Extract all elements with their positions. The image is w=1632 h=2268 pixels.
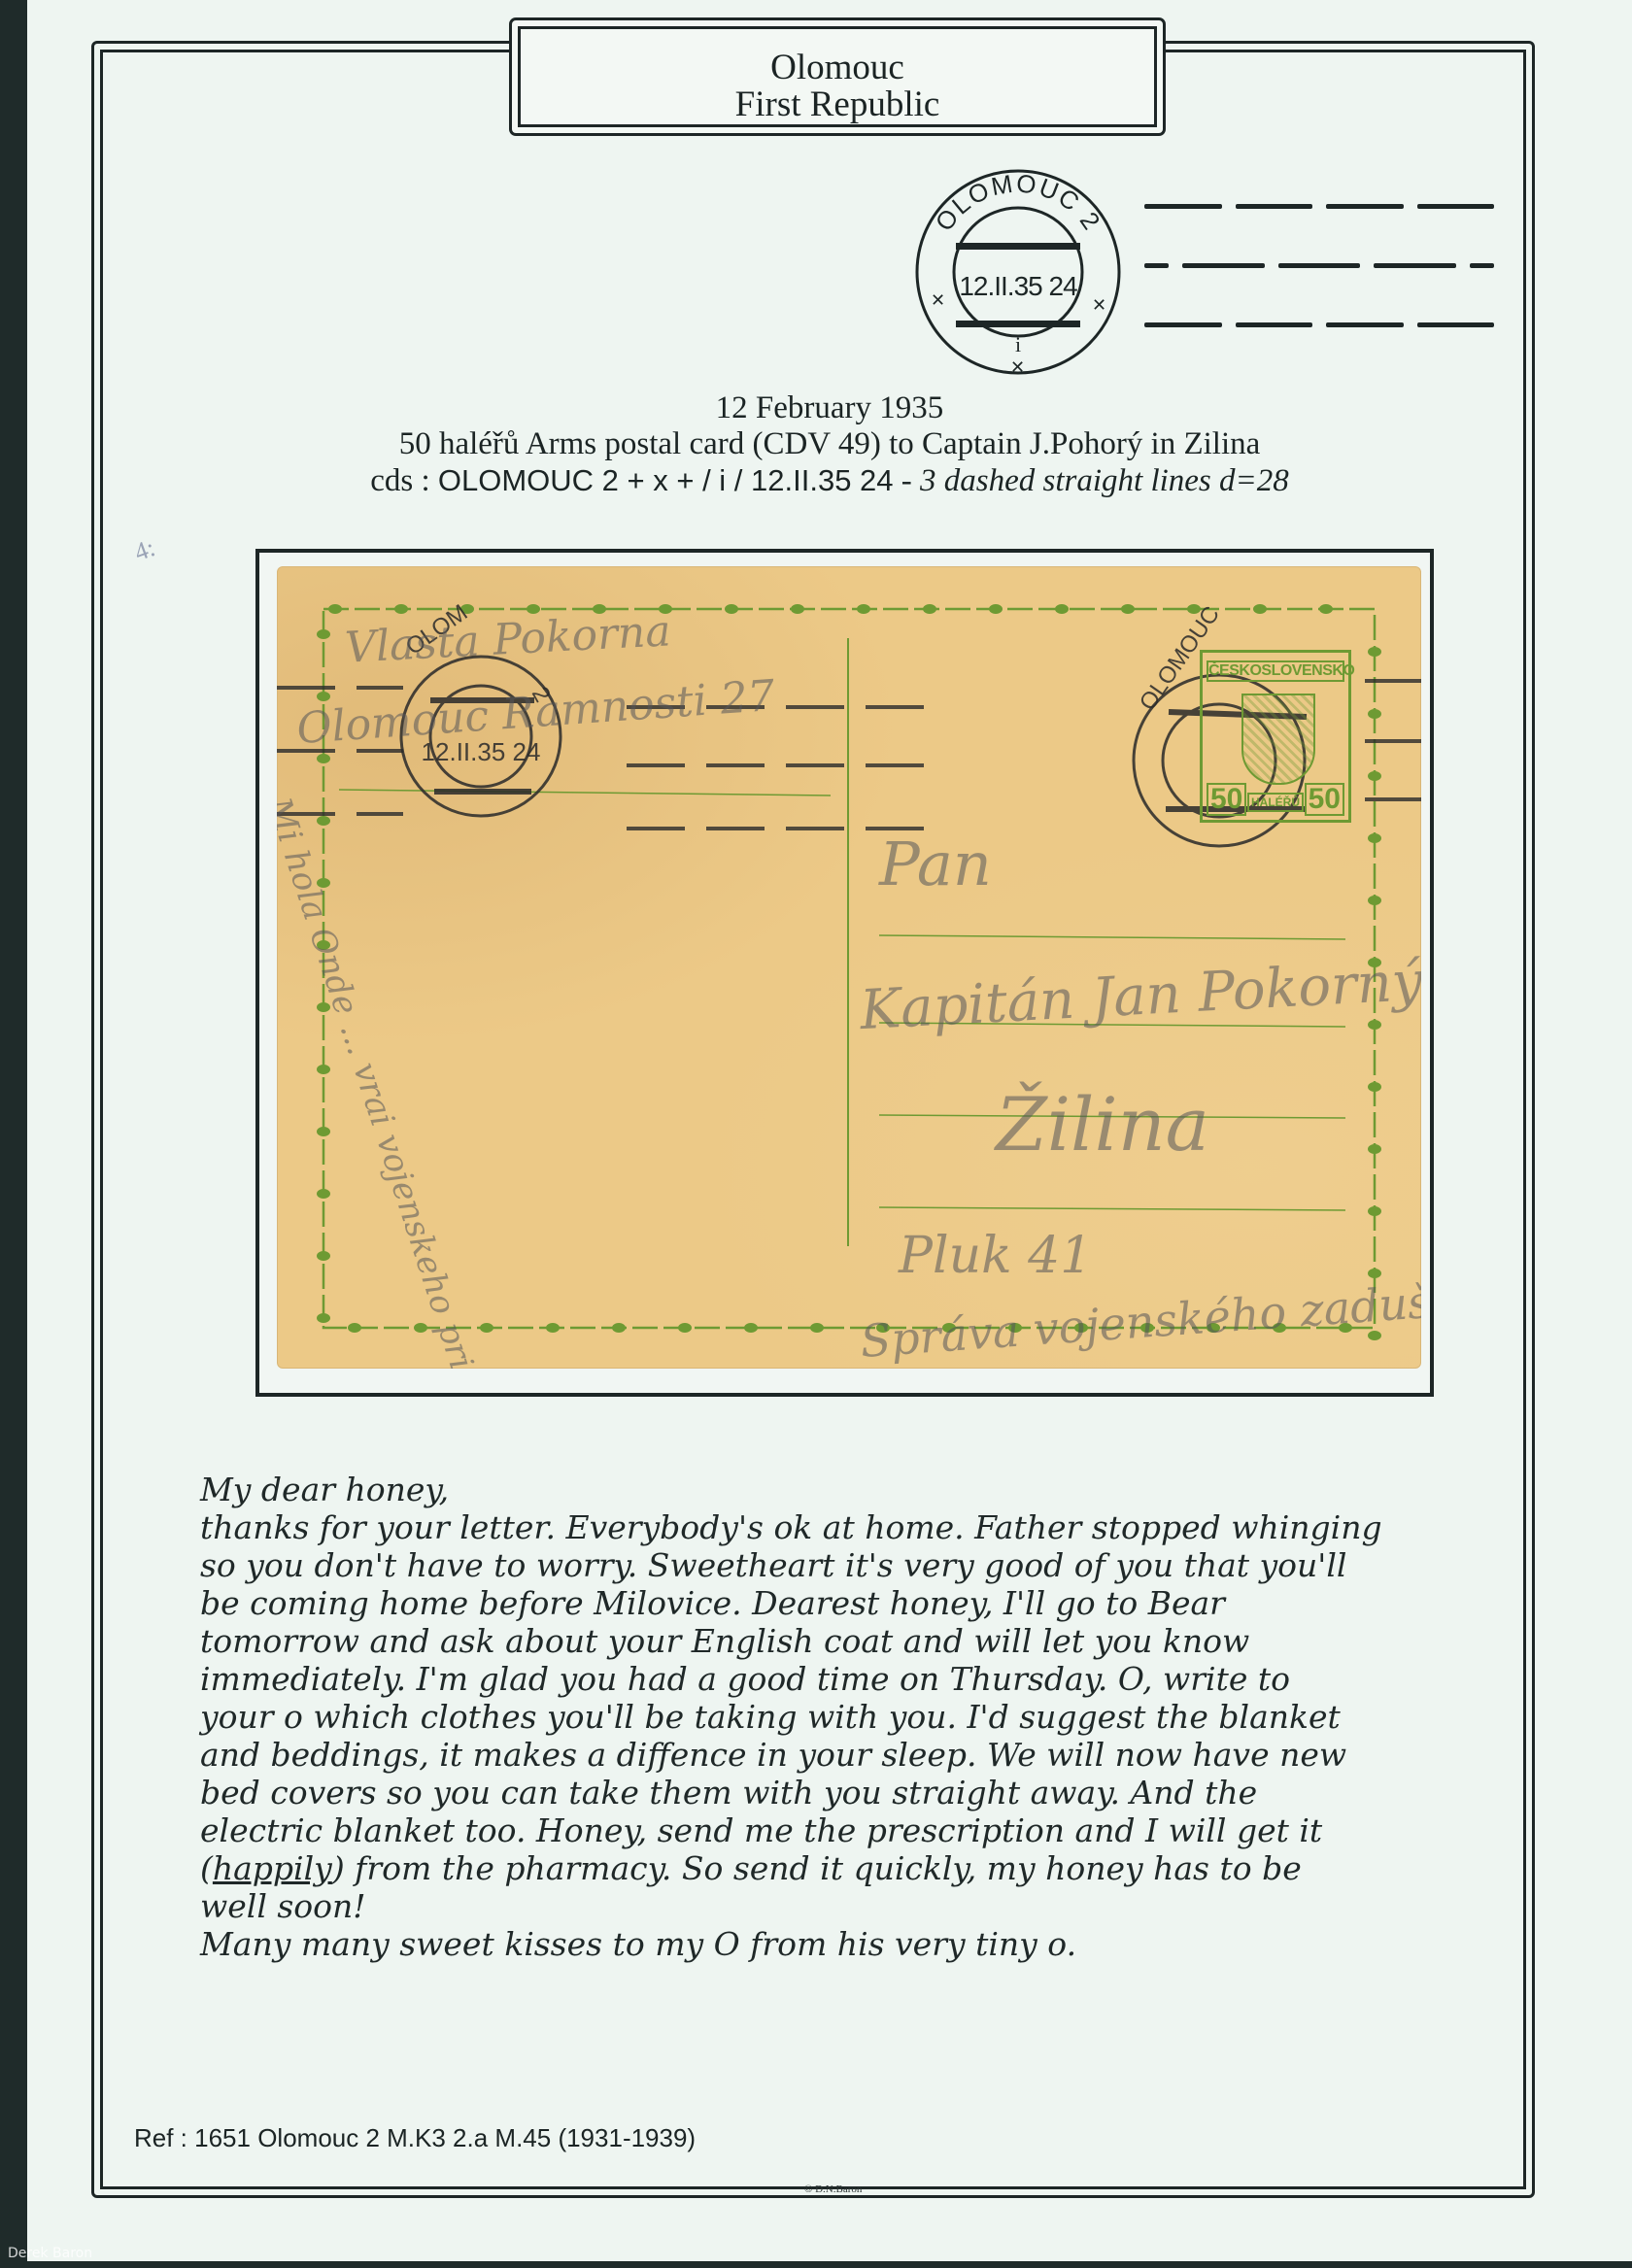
caption-date: 12 February 1935 (27, 390, 1632, 426)
address-salutation: Pan (879, 829, 992, 899)
svg-text:OLOMOUC 2: OLOMOUC 2 (929, 168, 1106, 236)
translation-line: thanks for your letter. Everybody's ok a… (200, 1508, 1502, 1546)
translation-line: immediately. I'm glad you had a good tim… (200, 1660, 1502, 1698)
translation-line: well soon! (200, 1887, 1502, 1925)
address-city: Žilina (996, 1081, 1209, 1168)
translation-line: be coming home before Milovice. Dearest … (200, 1584, 1502, 1622)
translation-line: (happily) from the pharmacy. So send it … (200, 1849, 1502, 1887)
translation-line: so you don't have to worry. Sweetheart i… (200, 1546, 1502, 1584)
caption: 12 February 1935 50 haléřů Arms postal c… (27, 390, 1632, 499)
translation-text: My dear honey,thanks for your letter. Ev… (200, 1471, 1502, 1963)
stamp-currency: HALÉŘŮ (1247, 793, 1304, 812)
reference-note: Ref : 1651 Olomouc 2 M.K3 2.a M.45 (1931… (134, 2123, 696, 2153)
stamp-value-left: 50 (1207, 783, 1246, 816)
postcard: 12.II.35 24 OLOM 2 OLOMOUC ČESKOSLOVENSK… (277, 566, 1421, 1369)
svg-text:12.II.35 24: 12.II.35 24 (959, 271, 1077, 301)
stamp-value-right: 50 (1305, 783, 1344, 816)
example-postmark-icon: OLOMOUC 2 12.II.35 24 i ✕ ✕ ✕ (911, 165, 1125, 379)
translation-line: tomorrow and ask about your English coat… (200, 1622, 1502, 1660)
translation-line: your o which clothes you'll be taking wi… (200, 1698, 1502, 1736)
svg-text:✕: ✕ (1010, 357, 1025, 378)
caption-description: 50 haléřů Arms postal card (CDV 49) to C… (27, 426, 1632, 462)
translation-line: bed covers so you can take them with you… (200, 1774, 1502, 1811)
svg-text:✕: ✕ (931, 290, 945, 311)
title-box: Olomouc First Republic (509, 17, 1166, 136)
example-dashed-lines (1144, 204, 1494, 382)
watermark: Derek Baron (8, 2246, 92, 2261)
postcard-mount: 12.II.35 24 OLOM 2 OLOMOUC ČESKOSLOVENSK… (255, 549, 1434, 1397)
translation-line: and beddings, it makes a diffence in you… (200, 1736, 1502, 1774)
stamp-country: ČESKOSLOVENSKO (1207, 660, 1344, 682)
copyright: © D.N.Baron (804, 2183, 862, 2195)
caption-cds: cds : OLOMOUC 2 + x + / i / 12.II.35 24 … (27, 462, 1632, 499)
album-page: Olomouc First Republic OLOMOUC 2 12.II.3… (27, 0, 1632, 2261)
postage-stamp: ČESKOSLOVENSKO 50 HALÉŘŮ 50 (1200, 650, 1351, 823)
svg-text:i: i (1015, 332, 1021, 356)
cds-note: - 3 dashed straight lines d=28 (894, 463, 1289, 498)
coat-of-arms-icon (1241, 694, 1315, 785)
translation-line: electric blanket too. Honey, send me the… (200, 1811, 1502, 1849)
translation-line: Many many sweet kisses to my O from his … (200, 1925, 1502, 1963)
cds-value: OLOMOUC 2 + x + / i / 12.II.35 24 (438, 463, 894, 497)
page-title: Olomouc (512, 50, 1163, 86)
translation-line: My dear honey, (200, 1471, 1502, 1508)
cds-prefix: cds : (370, 463, 438, 498)
page-subtitle: First Republic (512, 86, 1163, 123)
svg-text:✕: ✕ (1092, 295, 1106, 316)
address-unit: Pluk 41 (899, 1227, 1092, 1285)
